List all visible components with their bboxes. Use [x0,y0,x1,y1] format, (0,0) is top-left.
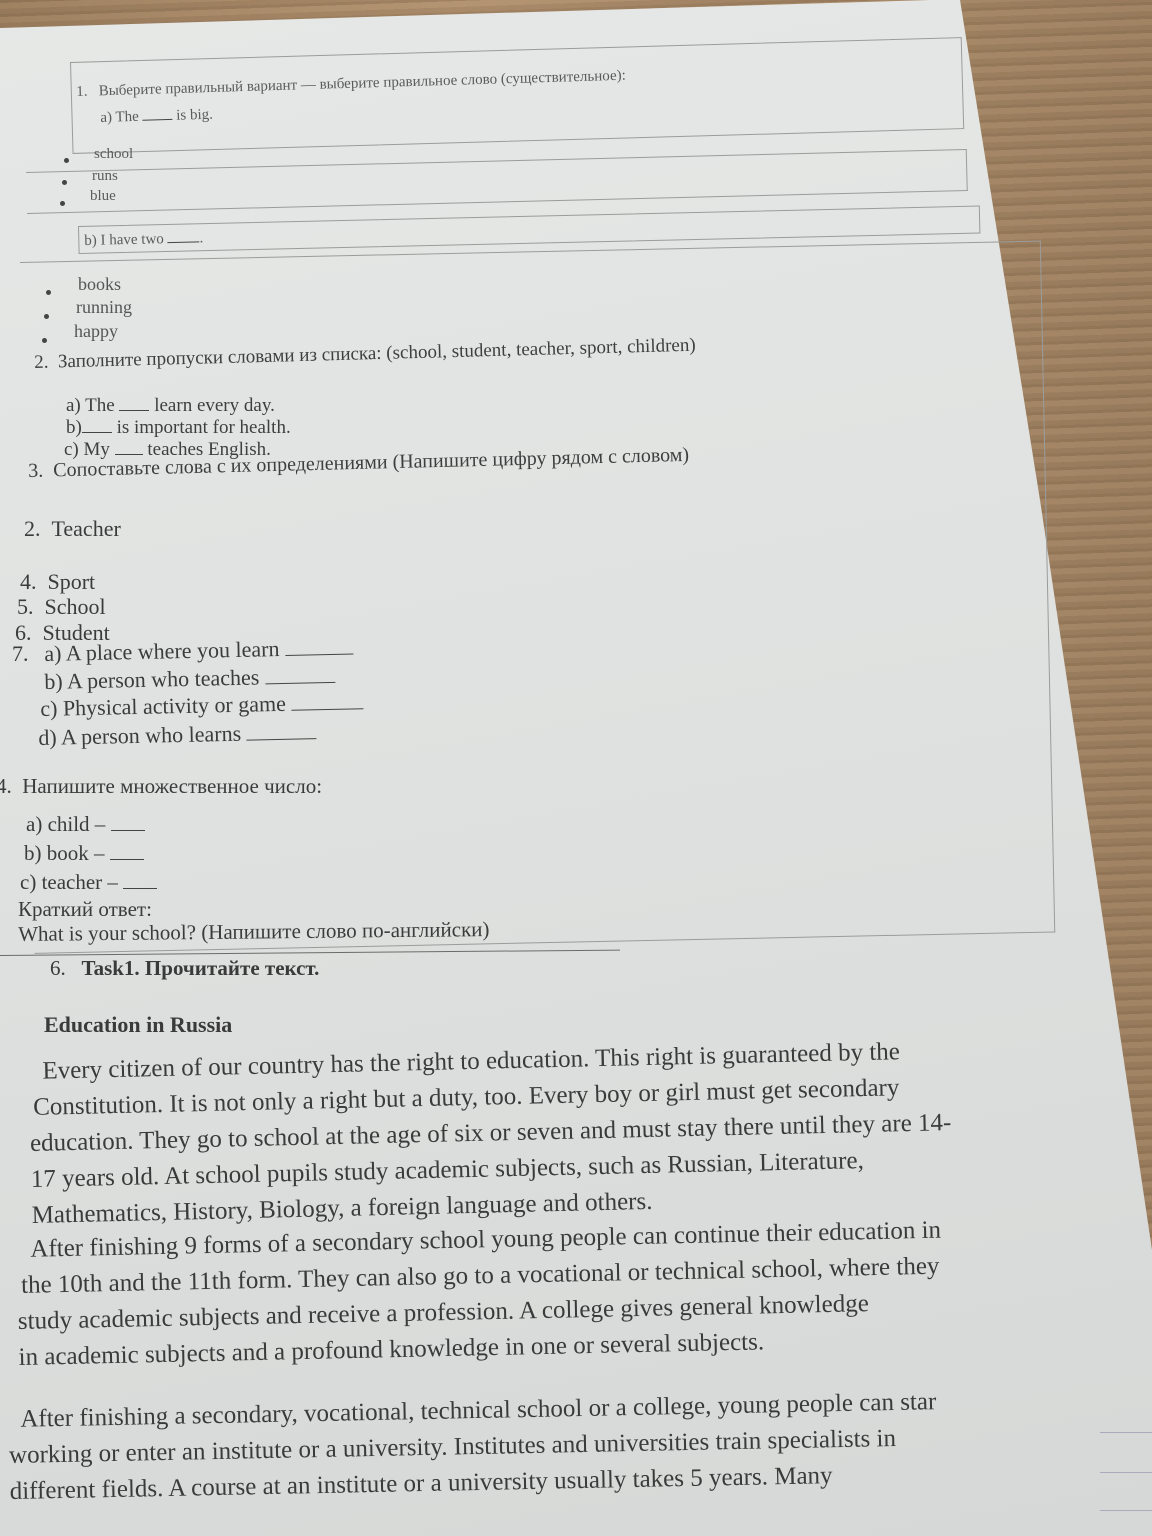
answer-blank[interactable] [142,104,172,121]
word-text: Sport [48,569,96,594]
exercise2-number: 2. [34,352,49,373]
answer-blank[interactable] [285,632,353,656]
short-answer-question: What is your school? (Напишите слово по-… [18,917,490,947]
paragraph-2: After finishing 9 forms of a secondary s… [16,1213,944,1376]
bullet-icon [42,338,47,343]
match-word-sport: 4. Sport [20,569,95,595]
answer-blank[interactable] [246,716,316,740]
plural-word: b) book – [24,841,105,865]
match-word-teacher: 2. Teacher [24,516,121,542]
short-answer-label: Краткий ответ: [18,897,152,922]
word-number: 2. [24,516,41,541]
option-running[interactable]: running [76,297,132,318]
bullet-icon [60,201,65,206]
task-title-text: Task1. Прочитайте текст. [82,956,320,980]
option-books[interactable]: books [78,274,121,295]
answer-blank[interactable] [291,686,363,711]
exercise1a-prefix: a) The [100,109,139,126]
text-heading: Education in Russia [44,1012,232,1038]
plural-word: a) child – [26,812,105,836]
paragraph-3: After finishing a secondary, vocational,… [8,1384,938,1510]
match-word-school: 5. School [17,594,106,620]
exercise1b-prompt: b) I have two . [84,226,204,250]
answer-blank[interactable] [123,867,157,889]
margin-line [1100,1510,1152,1512]
definition-text: c) Physical activity or game [40,691,286,721]
word-text: School [45,594,106,619]
answer-blank[interactable] [265,660,335,684]
exercise1a-suffix: is big. [176,107,213,124]
exercise4-instruction: 4. Напишите множественное число: [0,774,322,799]
answer-blank[interactable] [119,391,149,411]
answer-blank[interactable] [110,838,144,860]
paragraph-1: Every citizen of our country has the rig… [28,1033,953,1234]
plural-item-a: a) child – [26,809,145,837]
word-text: Teacher [52,516,121,541]
option-blue[interactable]: blue [90,188,116,205]
task-number: 6. [50,956,66,980]
bullet-icon [46,290,51,295]
option-happy[interactable]: happy [74,321,118,342]
answer-blank[interactable] [167,226,199,243]
exercise1b-prefix: b) I have two [84,231,164,249]
exercise4-instruction-text: Напишите множественное число: [22,774,322,798]
definition-d: d) A person who learns [38,716,317,751]
word-number: 4. [20,569,37,594]
exercise3-number: 3. [28,460,44,482]
definition-text: d) A person who learns [38,721,241,750]
option-school[interactable]: school [94,146,133,163]
bullet-icon [62,180,67,185]
answer-blank[interactable] [111,809,145,831]
option-runs[interactable]: runs [92,168,118,185]
exercise1b-suffix: . [199,230,203,246]
answer-blank[interactable] [115,435,143,455]
word-number: 5. [17,594,34,619]
bullet-icon [44,314,49,319]
exercise4-number: 4. [0,774,12,798]
exercise1-number: 1. [76,84,88,100]
bullet-icon [64,158,69,163]
plural-item-c: c) teacher – [20,867,157,895]
margin-line [1100,1432,1152,1434]
plural-word: c) teacher – [20,870,118,894]
answer-blank[interactable] [82,413,112,433]
task-title: 6. Task1. Прочитайте текст. [50,956,319,981]
margin-line [1100,1472,1152,1474]
plural-item-b: b) book – [24,838,144,866]
exercise2c-prefix: c) My [64,439,110,460]
definitions-number: 7. [12,641,29,667]
exercise1a-prompt: a) The is big. [100,103,213,127]
